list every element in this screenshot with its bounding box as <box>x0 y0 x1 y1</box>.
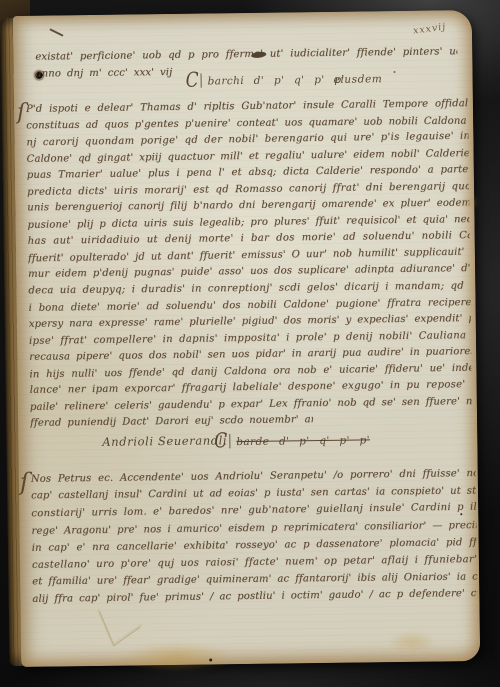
notary-signature: Andrioli Seuerandli <box>102 433 227 449</box>
heading-label: barchi d' p' q' p' p' <box>208 74 345 88</box>
capitulum-mark-icon: C <box>214 434 230 449</box>
entry-paragraph-2: Nos Petrus ec. Accendente' uos Andriolu'… <box>31 465 478 608</box>
pen-slash-mark <box>49 28 63 36</box>
entry-paragraph-1: P'd ispoti e delear' Thamas d' ripltis G… <box>26 96 472 433</box>
paper-speck <box>209 658 212 661</box>
paper-stain <box>387 631 437 654</box>
paragraph-mark-icon: ſ <box>20 468 29 496</box>
heading-note: eiusdem <box>334 73 383 86</box>
section-heading-2: Andrioli Seuerandli C barde d' p' q' p' … <box>18 430 477 452</box>
manuscript-page: xxxvij existat' perficione' uob qd p pro… <box>13 10 480 667</box>
paragraph-mark-icon: ſ <box>17 100 25 125</box>
folio-number: xxxvij <box>412 21 447 36</box>
capitulum-mark-icon: C <box>186 73 202 88</box>
heading-label-struck: barde d' p' q' p' p' <box>236 434 370 448</box>
text-line: existat' perficione' uob qd p pro ffermo… <box>35 43 457 66</box>
paper-stain <box>461 196 479 208</box>
paper-speck <box>394 71 396 73</box>
manuscript-photo: xxxvij existat' perficione' uob qd p pro… <box>0 0 500 687</box>
paper-speck <box>460 513 462 515</box>
text-line: fferad puniendij Dact' Darori euj' scdo … <box>30 413 313 433</box>
crease-scratch <box>89 606 150 653</box>
